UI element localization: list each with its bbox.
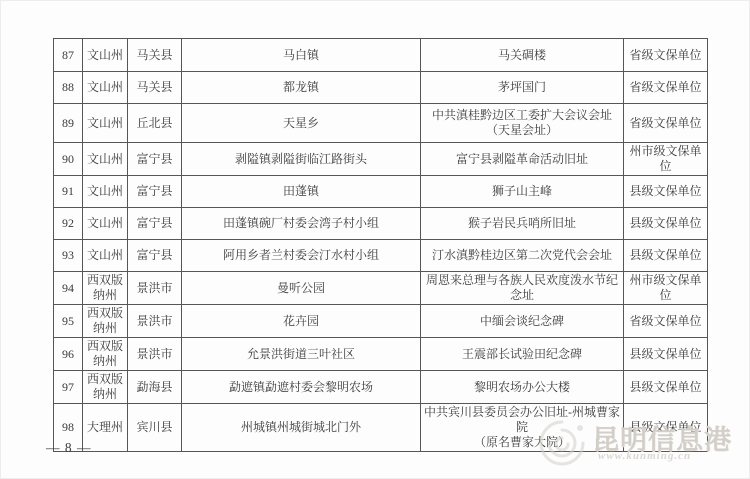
prefecture-cell: 西双版纳州 (83, 305, 128, 338)
prefecture-cell: 西双版纳州 (83, 272, 128, 305)
county-cell: 景洪市 (128, 272, 182, 305)
table-row: 95 西双版纳州 景洪市 花卉园 中缅会谈纪念碑 省级文保单位 (54, 305, 708, 338)
protection-level-cell: 县级文保单位 (624, 176, 708, 208)
site-name-cell: 狮子山主峰 (421, 176, 624, 208)
prefecture-cell: 文山州 (83, 72, 128, 104)
prefecture-cell: 西双版纳州 (83, 338, 128, 371)
prefecture-cell: 文山州 (83, 208, 128, 240)
protection-level-cell: 省级文保单位 (624, 104, 708, 143)
location-cell: 勐遮镇勐遮村委会黎明农场 (182, 371, 421, 404)
row-number-cell: 97 (54, 371, 83, 404)
location-cell: 都龙镇 (182, 72, 421, 104)
heritage-sites-table-wrap: 87 文山州 马关县 马白镇 马关碉楼 省级文保单位 88 文山州 马关县 都龙… (53, 38, 708, 452)
table-row: 88 文山州 马关县 都龙镇 茅坪国门 省级文保单位 (54, 72, 708, 104)
page-number: — 8 — (46, 440, 92, 456)
site-name-cell: 王震部长试验田纪念碑 (421, 338, 624, 371)
site-name-cell: 中共宾川县委员会办公旧址-州城曹家院 （原名曹家大院） (421, 404, 624, 452)
protection-level-cell: 县级文保单位 (624, 371, 708, 404)
table-row: 91 文山州 富宁县 田蓬镇 狮子山主峰 县级文保单位 (54, 176, 708, 208)
protection-level-cell: 县级文保单位 (624, 240, 708, 272)
protection-level-cell: 省级文保单位 (624, 305, 708, 338)
site-name-cell: 中缅会谈纪念碑 (421, 305, 624, 338)
table-row: 92 文山州 富宁县 田蓬镇碗厂村委会湾子村小组 猴子岩民兵哨所旧址 县级文保单… (54, 208, 708, 240)
county-cell: 富宁县 (128, 143, 182, 176)
prefecture-cell: 文山州 (83, 39, 128, 72)
location-cell: 剥隘镇剥隘街临江路街头 (182, 143, 421, 176)
site-name-cell: 黎明农场办公大楼 (421, 371, 624, 404)
document-page: 87 文山州 马关县 马白镇 马关碉楼 省级文保单位 88 文山州 马关县 都龙… (0, 0, 750, 479)
county-cell: 景洪市 (128, 305, 182, 338)
row-number-cell: 87 (54, 39, 83, 72)
row-number-cell: 92 (54, 208, 83, 240)
county-cell: 富宁县 (128, 208, 182, 240)
row-number-cell: 94 (54, 272, 83, 305)
location-cell: 马白镇 (182, 39, 421, 72)
county-cell: 勐海县 (128, 371, 182, 404)
county-cell: 马关县 (128, 39, 182, 72)
table-row: 93 文山州 富宁县 阿用乡者兰村委会汀水村小组 汀水滇黔桂边区第二次党代会会址… (54, 240, 708, 272)
table-row: 94 西双版纳州 景洪市 曼听公园 周恩来总理与各族人民欢度泼水节纪念址 州市级… (54, 272, 708, 305)
protection-level-cell: 县级文保单位 (624, 338, 708, 371)
prefecture-cell: 西双版纳州 (83, 371, 128, 404)
county-cell: 富宁县 (128, 176, 182, 208)
location-cell: 天星乡 (182, 104, 421, 143)
county-cell: 宾川县 (128, 404, 182, 452)
row-number-cell: 88 (54, 72, 83, 104)
site-name-cell: 猴子岩民兵哨所旧址 (421, 208, 624, 240)
location-cell: 花卉园 (182, 305, 421, 338)
county-cell: 马关县 (128, 72, 182, 104)
prefecture-cell: 文山州 (83, 143, 128, 176)
county-cell: 富宁县 (128, 240, 182, 272)
location-cell: 田蓬镇 (182, 176, 421, 208)
location-cell: 允景洪街道三叶社区 (182, 338, 421, 371)
table-row: 96 西双版纳州 景洪市 允景洪街道三叶社区 王震部长试验田纪念碑 县级文保单位 (54, 338, 708, 371)
site-name-cell: 周恩来总理与各族人民欢度泼水节纪念址 (421, 272, 624, 305)
row-number-cell: 90 (54, 143, 83, 176)
location-cell: 曼听公园 (182, 272, 421, 305)
location-cell: 田蓬镇碗厂村委会湾子村小组 (182, 208, 421, 240)
protection-level-cell: 州市级文保单位 (624, 272, 708, 305)
prefecture-cell: 文山州 (83, 176, 128, 208)
protection-level-cell: 县级文保单位 (624, 404, 708, 452)
protection-level-cell: 州市级文保单位 (624, 143, 708, 176)
county-cell: 景洪市 (128, 338, 182, 371)
site-name-cell: 中共滇桂黔边区工委扩大会议会址 （天星会址） (421, 104, 624, 143)
table-row: 97 西双版纳州 勐海县 勐遮镇勐遮村委会黎明农场 黎明农场办公大楼 县级文保单… (54, 371, 708, 404)
table-row: 89 文山州 丘北县 天星乡 中共滇桂黔边区工委扩大会议会址 （天星会址） 省级… (54, 104, 708, 143)
prefecture-cell: 文山州 (83, 104, 128, 143)
row-number-cell: 93 (54, 240, 83, 272)
row-number-cell: 89 (54, 104, 83, 143)
protection-level-cell: 省级文保单位 (624, 72, 708, 104)
site-name-cell: 茅坪国门 (421, 72, 624, 104)
heritage-sites-table: 87 文山州 马关县 马白镇 马关碉楼 省级文保单位 88 文山州 马关县 都龙… (53, 38, 708, 452)
county-cell: 丘北县 (128, 104, 182, 143)
protection-level-cell: 县级文保单位 (624, 208, 708, 240)
table-row: 90 文山州 富宁县 剥隘镇剥隘街临江路街头 富宁县剥隘革命活动旧址 州市级文保… (54, 143, 708, 176)
table-row: 87 文山州 马关县 马白镇 马关碉楼 省级文保单位 (54, 39, 708, 72)
site-name-cell: 富宁县剥隘革命活动旧址 (421, 143, 624, 176)
site-name-cell: 汀水滇黔桂边区第二次党代会会址 (421, 240, 624, 272)
table-row: 98 大理州 宾川县 州城镇州城街城北门外 中共宾川县委员会办公旧址-州城曹家院… (54, 404, 708, 452)
location-cell: 州城镇州城街城北门外 (182, 404, 421, 452)
row-number-cell: 96 (54, 338, 83, 371)
site-name-cell: 马关碉楼 (421, 39, 624, 72)
row-number-cell: 91 (54, 176, 83, 208)
location-cell: 阿用乡者兰村委会汀水村小组 (182, 240, 421, 272)
row-number-cell: 95 (54, 305, 83, 338)
prefecture-cell: 文山州 (83, 240, 128, 272)
protection-level-cell: 省级文保单位 (624, 39, 708, 72)
